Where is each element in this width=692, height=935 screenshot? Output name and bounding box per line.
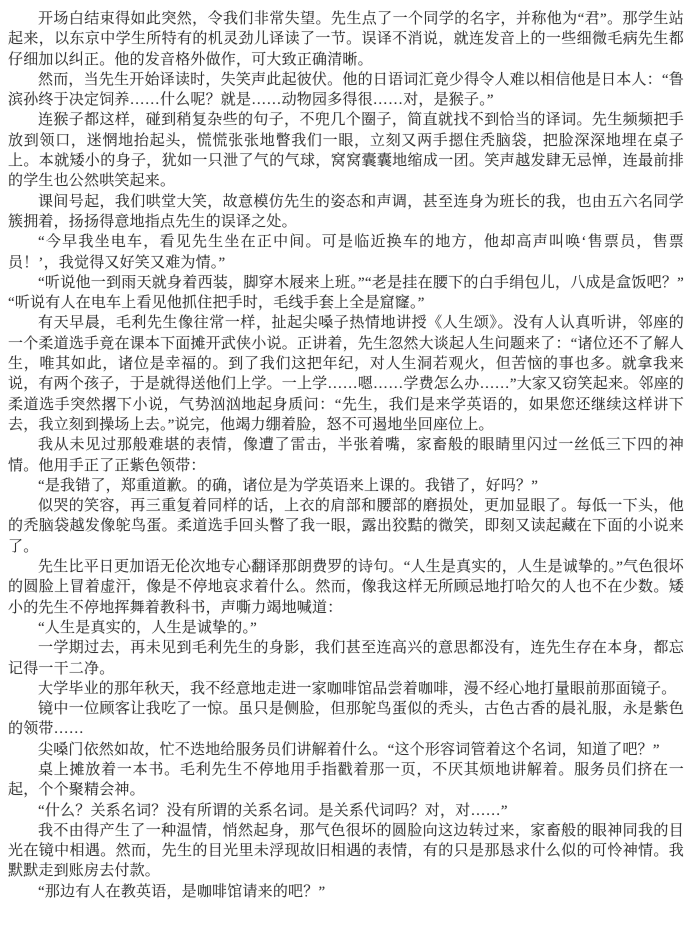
paragraph: 课间号起，我们哄堂大笑，故意模仿先生的姿态和声调，甚至连身为班长的我，也由五六名…	[8, 192, 684, 233]
paragraph: “人生是真实的，人生是诚挚的。”	[8, 618, 684, 638]
paragraph: 尖嗓门依然如故，忙不迭地给服务员们讲解着什么。“这个形容词管着这个名词，知道了吧…	[8, 740, 684, 760]
paragraph: “今早我坐电车，看见先生坐在正中间。可是临近换车的地方，他却高声叫唤‘售票员，售…	[8, 232, 684, 273]
paragraph: “那边有人在教英语，是咖啡馆请来的吧？”	[8, 882, 684, 902]
paragraph: 先生比平日更加语无伦次地专心翻译那朗费罗的诗句。“人生是真实的，人生是诚挚的。”…	[8, 557, 684, 618]
paragraph: 我不由得产生了一种温情，悄然起身，那气色很坏的圆脸向这边转过来，家畜般的眼神同我…	[8, 821, 684, 882]
paragraph: “什么？关系名词？没有所谓的关系名词。是关系代词吗？对，对……”	[8, 801, 684, 821]
paragraph: “是我错了，郑重道歉。的确，诸位是为学英语来上课的。我错了，好吗？”	[8, 476, 684, 496]
paragraph: 似哭的笑容，再三重复着同样的话，上衣的肩部和腰部的磨损处，更加显眼了。每低一下头…	[8, 496, 684, 557]
paragraph: 镜中一位顾客让我吃了一惊。虽只是侧脸，但那鸵鸟蛋似的秃头，古色古香的晨礼服，永是…	[8, 699, 684, 740]
paragraph: 大学毕业的那年秋天，我不经意地走进一家咖啡馆品尝着咖啡，漫不经心地打量眼前那面镜…	[8, 679, 684, 699]
paragraph: 有天早晨，毛利先生像往常一样，扯起尖嗓子热情地讲授《人生颂》。没有人认真听讲，邻…	[8, 313, 684, 435]
paragraph: 开场白结束得如此突然，令我们非常失望。先生点了一个同学的名字，并称他为“君”。那…	[8, 9, 684, 70]
paragraph: 一学期过去，再未见到毛利先生的身影，我们甚至连高兴的意思都没有，连先生存在本身，…	[8, 638, 684, 679]
paragraph: 连猴子都这样，碰到稍复杂些的句子，不兜几个圈子，简直就找不到恰当的译词。先生频频…	[8, 110, 684, 191]
paragraph: 然而，当先生开始译读时，失笑声此起彼伏。他的日语词汇竟少得令人难以相信他是日本人…	[8, 70, 684, 111]
paragraph: 我从未见过那般难堪的表情，像遭了雷击，半张着嘴，家畜般的眼睛里闪过一丝低三下四的…	[8, 435, 684, 476]
paragraph: “听说他一到雨天就身着西装，脚穿木屐来上班。”“老是挂在腰下的白手绢包儿，八成是…	[8, 273, 684, 314]
document-page: 开场白结束得如此突然，令我们非常失望。先生点了一个同学的名字，并称他为“君”。那…	[0, 0, 692, 935]
paragraph: 桌上摊放着一本书。毛利先生不停地用手指戳着那一页，不厌其烦地讲解着。服务员们挤在…	[8, 760, 684, 801]
